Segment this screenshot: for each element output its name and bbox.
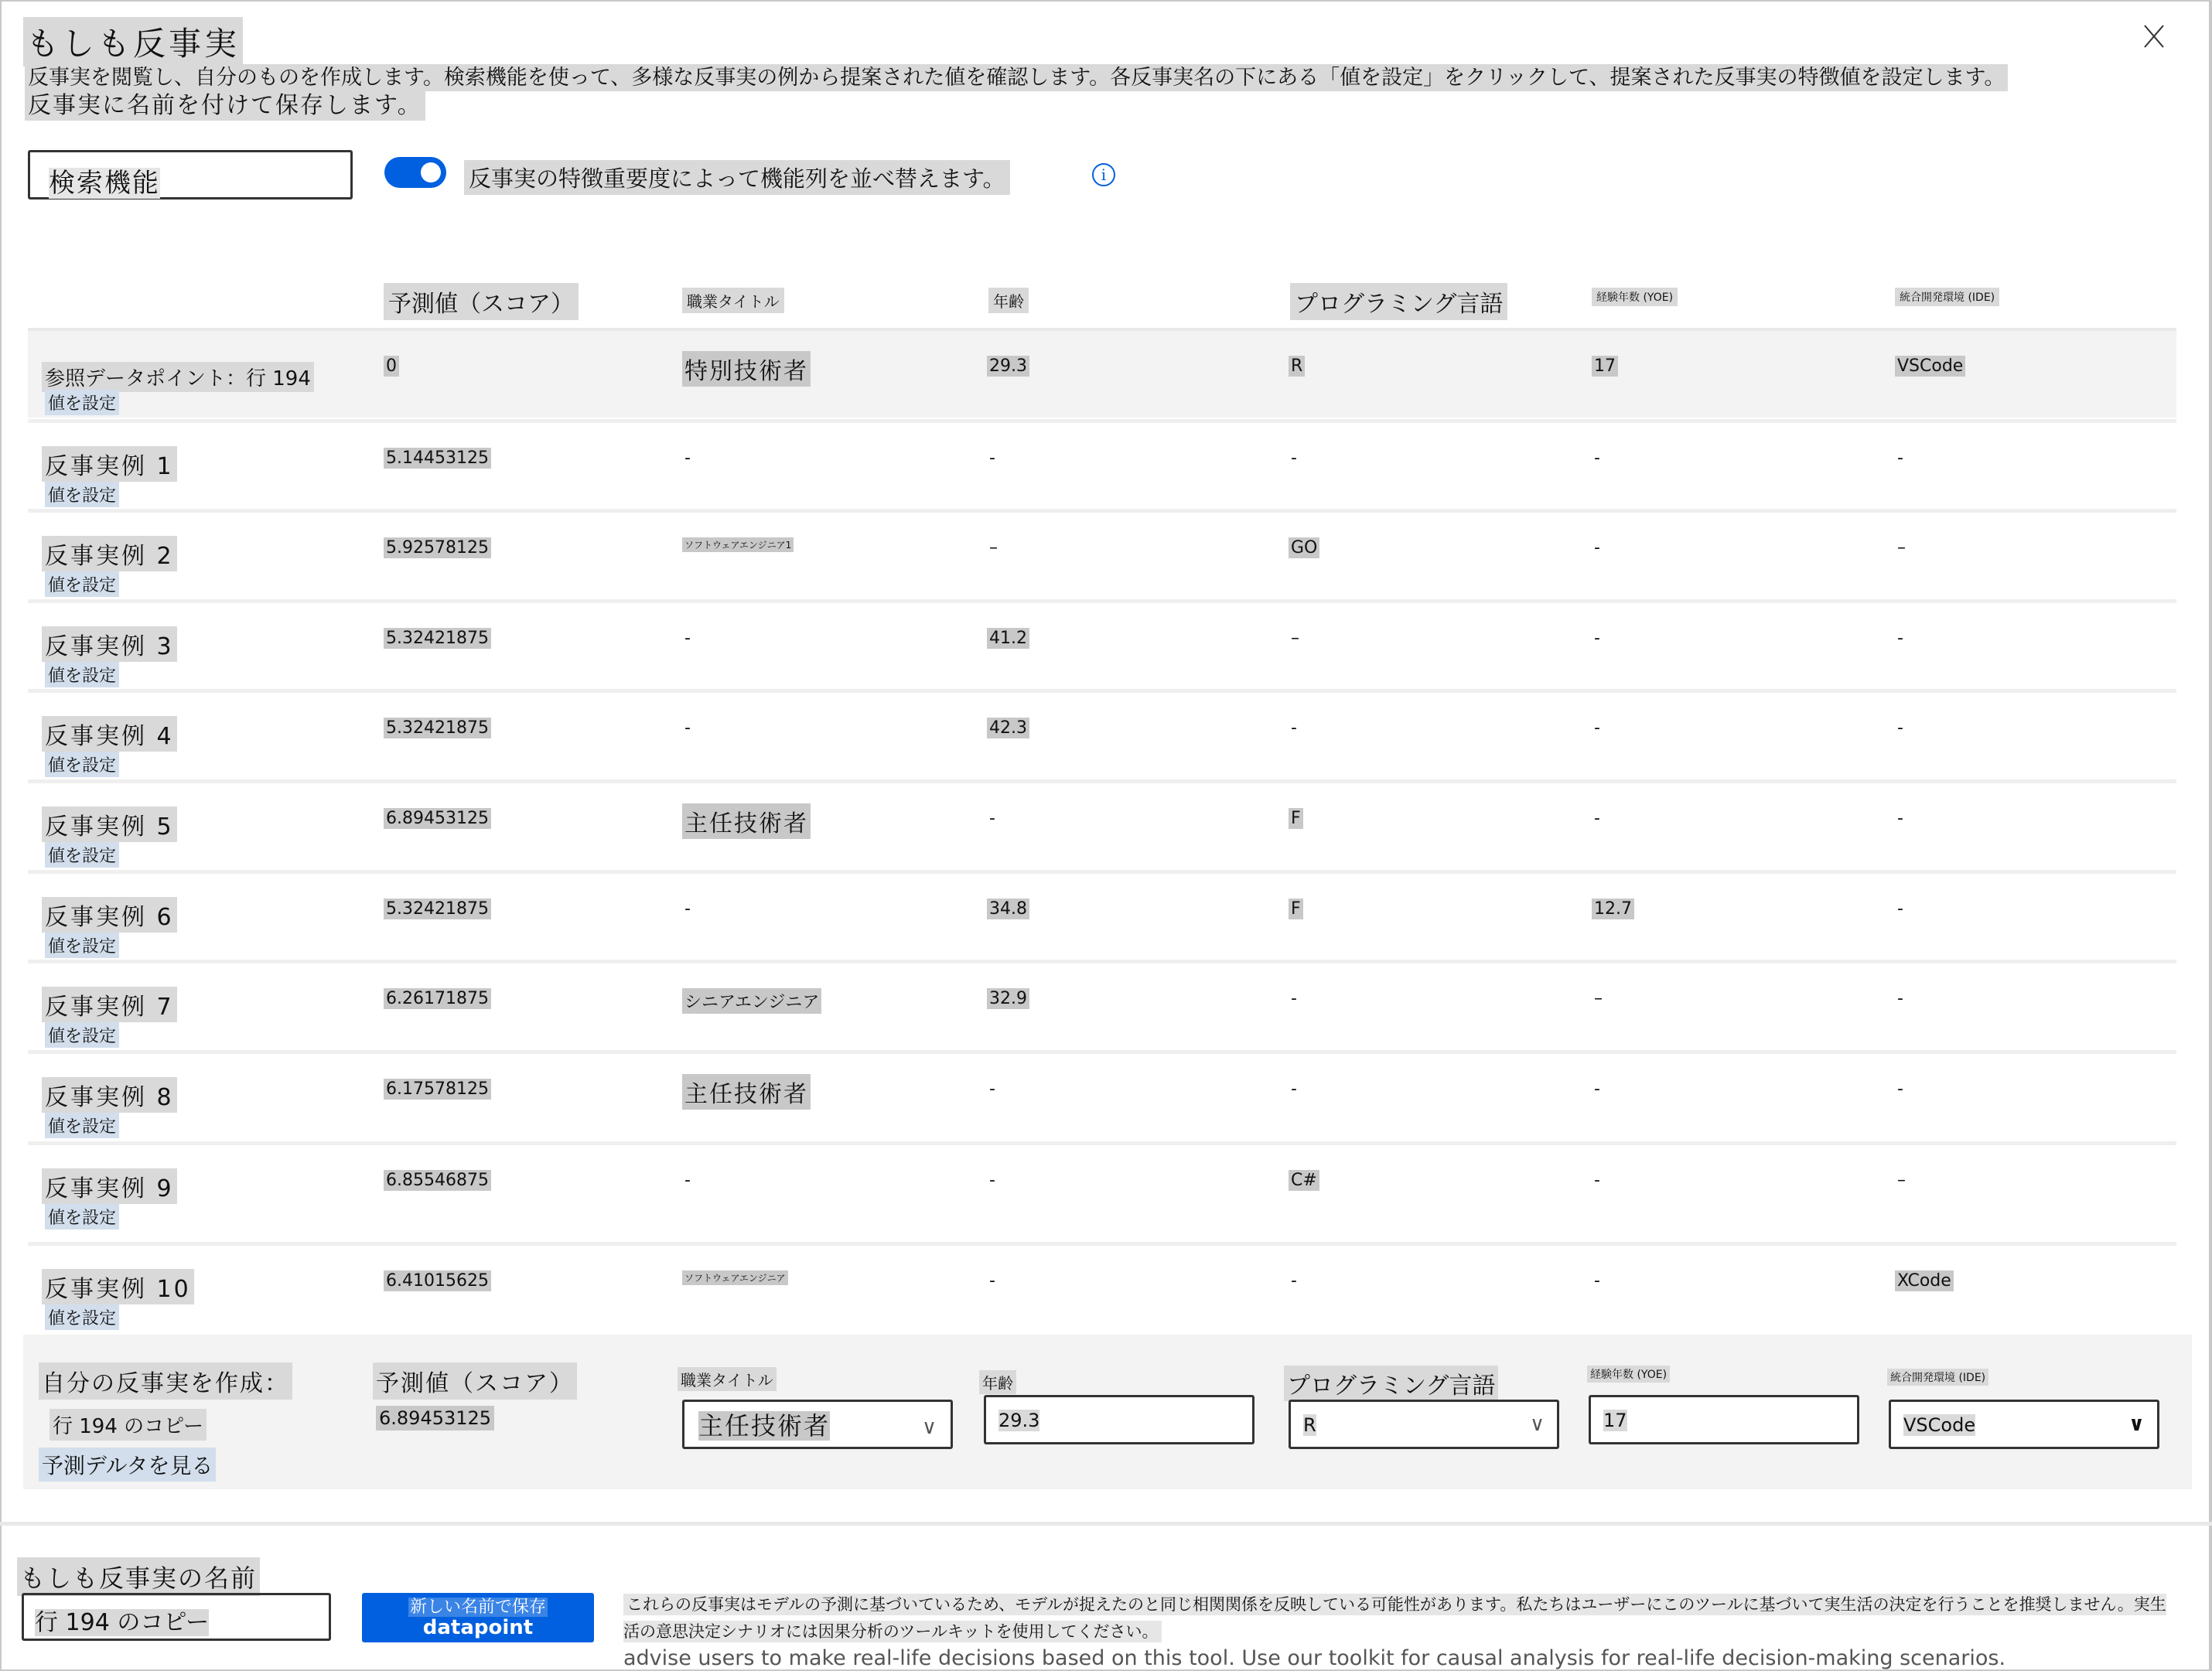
row-cell: 6.26171875 [384, 988, 491, 1009]
row-cell: 特別技術者 [682, 351, 811, 387]
counterfactual-row: 反事実例 3値を設定5.32421875-41.2–-- [28, 599, 2176, 689]
yoe-input[interactable]: 17 [1589, 1395, 1859, 1444]
toggle-label: 反事実の特徴重要度によって機能列を並べ替えます。 [464, 160, 1010, 195]
row-name: 反事実例 9 [42, 1168, 177, 1204]
row-cell: R [1289, 356, 1305, 377]
row-cell: 42.3 [987, 718, 1029, 738]
col-header-prediction: 予測値（スコア） [384, 283, 579, 320]
dialog-description: 反事実を閲覧し、自分のものを作成します。検索機能を使って、多様な反事実の例から提… [25, 64, 2113, 121]
row-cell: - [1895, 899, 1906, 919]
age-value: 29.3 [998, 1410, 1039, 1431]
counterfactual-name-input[interactable]: 行 194 のコピー [22, 1593, 331, 1641]
row-cell: XCode [1895, 1270, 1954, 1291]
row-cell: - [1289, 988, 1299, 1009]
see-prediction-delta-link[interactable]: 予測デルタを見る [39, 1448, 216, 1482]
disclaimer-en: advise users to make real-life decisions… [623, 1646, 2005, 1670]
set-value-link[interactable]: 値を設定 [45, 1304, 119, 1330]
yoe-value: 17 [1603, 1410, 1627, 1431]
row-cell: 5.32421875 [384, 899, 491, 919]
row-cell: ソフトウェアエンジニア1 [682, 537, 794, 552]
row-cell: - [682, 448, 693, 469]
counterfactual-row: 反事実例 6値を設定5.32421875-34.8F12.7- [28, 870, 2176, 960]
footer-divider [0, 1522, 2212, 1526]
row-cell: - [1289, 448, 1299, 469]
chevron-down-icon: ∨ [922, 1416, 938, 1439]
disclaimer-jp: これらの反事実はモデルの予測に基づいているため、モデルが捉えたのと同じ相関関係を… [623, 1594, 2166, 1642]
row-name: 反事実例 8 [42, 1077, 177, 1113]
row-cell: 主任技術者 [682, 1074, 811, 1110]
row-name: 反事実例 10 [42, 1269, 194, 1304]
toggle-knob [421, 162, 441, 182]
row-cell: - [1592, 448, 1603, 469]
row-name: 反事実例 7 [42, 987, 177, 1022]
row-name: 反事実例 1 [42, 446, 177, 482]
row-cell: – [1289, 628, 1302, 649]
row-cell: 34.8 [987, 899, 1029, 919]
disclaimer-text: これらの反事実はモデルの予測に基づいているため、モデルが捉えたのと同じ相関関係を… [623, 1591, 2170, 1671]
row-cell: – [987, 537, 1000, 558]
row-name: 反事実例 6 [42, 897, 177, 933]
row-cell: – [1895, 1170, 1908, 1191]
yoe-field-label: 経験年数 (YOE) [1587, 1366, 1670, 1383]
row-cell: 29.3 [987, 356, 1029, 377]
save-label-line2: datapoint [423, 1616, 533, 1639]
row-cell: - [1895, 448, 1906, 469]
row-cell: 5.92578125 [384, 537, 491, 558]
row-cell: – [1592, 988, 1605, 1009]
row-cell: 5.32421875 [384, 718, 491, 738]
row-cell: - [1592, 1170, 1603, 1191]
row-cell: GO [1289, 537, 1319, 558]
description-line-2: 反事実に名前を付けて保存します。 [25, 90, 425, 121]
description-line-1: 反事実を閲覧し、自分のものを作成します。検索機能を使って、多様な反事実の例から提… [25, 64, 2008, 91]
counterfactual-row: 反事実例 1値を設定5.14453125----- [28, 419, 2176, 509]
job-field-label: 職業タイトル [678, 1367, 777, 1391]
row-cell: - [987, 1170, 998, 1191]
row-cell: - [987, 808, 998, 829]
row-cell: - [682, 718, 693, 738]
row-cell: - [1289, 1270, 1299, 1291]
chevron-down-icon: ∨ [1530, 1413, 1545, 1436]
row-cell: - [1895, 718, 1906, 738]
save-label-line1: 新しい名前で保存 [408, 1598, 548, 1617]
col-header-age: 年齢 [988, 288, 1029, 313]
row-cell: - [1895, 1079, 1906, 1100]
row-cell: - [1592, 537, 1603, 558]
row-cell: – [1895, 537, 1908, 558]
row-cell: F [1289, 808, 1303, 829]
search-features-input[interactable]: 検索機能 [28, 150, 353, 199]
row-cell: - [987, 1270, 998, 1291]
row-cell: 12.7 [1592, 899, 1634, 919]
age-input[interactable]: 29.3 [984, 1395, 1254, 1444]
info-icon[interactable]: i [1092, 163, 1115, 186]
ide-field-label: 統合開発環境 (IDE) [1887, 1369, 1988, 1386]
row-name: 反事実例 5 [42, 807, 177, 842]
counterfactual-row: 反事実例 8値を設定6.17578125主任技術者---- [28, 1050, 2176, 1140]
row-cell: - [1592, 808, 1603, 829]
row-cell: - [1592, 718, 1603, 738]
row-cell: - [682, 628, 693, 649]
close-icon[interactable] [2142, 23, 2166, 49]
row-cell: - [1895, 808, 1906, 829]
row-cell: - [1289, 1079, 1299, 1100]
set-value-link[interactable]: 値を設定 [45, 571, 119, 597]
set-value-link[interactable]: 値を設定 [45, 842, 119, 868]
create-prediction-label: 予測値（スコア） [373, 1362, 577, 1400]
row-cell: - [1289, 718, 1299, 738]
row-cell: - [1592, 1270, 1603, 1291]
row-name: 反事実例 2 [42, 536, 177, 571]
set-value-link[interactable]: 値を設定 [45, 1113, 119, 1138]
set-value-link[interactable]: 値を設定 [45, 390, 119, 415]
row-cell: 6.85546875 [384, 1170, 491, 1191]
row-cell: C# [1289, 1170, 1319, 1191]
dialog-title: もしも反事実 [23, 17, 243, 66]
set-value-link[interactable]: 値を設定 [45, 752, 119, 777]
row-cell: - [1895, 988, 1906, 1009]
set-value-link[interactable]: 値を設定 [45, 482, 119, 507]
row-cell: - [682, 899, 693, 919]
col-header-ide: 統合開発環境 (IDE) [1895, 288, 1999, 306]
age-field-label: 年齢 [979, 1370, 1016, 1394]
row-cell: 41.2 [987, 628, 1029, 649]
set-value-link[interactable]: 値を設定 [45, 662, 119, 687]
create-counterfactual-panel: 自分の反事実を作成： 予測値（スコア） 行 194 のコピー 6.8945312… [23, 1335, 2192, 1489]
row-cell: - [1592, 628, 1603, 649]
row-cell: 5.32421875 [384, 628, 491, 649]
sort-by-importance-toggle[interactable] [384, 157, 446, 188]
job-title-value: 主任技術者 [698, 1411, 830, 1441]
row-cell: 主任技術者 [682, 803, 811, 839]
row-cell: ソフトウェアエンジニア [682, 1270, 788, 1285]
counterfactual-row: 反事実例 10値を設定6.41015625ソフトウェアエンジニア---XCode [28, 1242, 2176, 1332]
create-prediction-value: 6.89453125 [376, 1406, 494, 1431]
row-cell: F [1289, 899, 1303, 919]
row-cell: 5.14453125 [384, 448, 491, 469]
row-cell: 17 [1592, 356, 1618, 377]
chevron-down-icon: ∨ [2128, 1413, 2145, 1436]
col-header-yoe: 経験年数 (YOE) [1592, 288, 1678, 306]
counterfactual-row: 反事実例 5値を設定6.89453125主任技術者-F-- [28, 779, 2176, 869]
row-cell: 0 [384, 356, 399, 377]
ide-dropdown[interactable]: VSCode∨ [1889, 1400, 2159, 1449]
row-cell: - [682, 1170, 693, 1191]
row-name: 反事実例 3 [42, 626, 177, 662]
language-value: R [1303, 1414, 1316, 1436]
row-name: 反事実例 4 [42, 716, 177, 752]
row-cell: 6.89453125 [384, 808, 491, 829]
counterfactual-row: 反事実例 4値を設定5.32421875-42.3--- [28, 689, 2176, 779]
set-value-link[interactable]: 値を設定 [45, 1022, 119, 1048]
row-cell: - [1895, 628, 1906, 649]
counterfactual-row: 反事実例 9値を設定6.85546875--C#-– [28, 1141, 2176, 1231]
row-cell: - [987, 448, 998, 469]
language-dropdown[interactable]: R∨ [1289, 1400, 1559, 1449]
language-field-label: プログラミング言語 [1284, 1366, 1498, 1401]
counterfactual-name-label: もしも反事実の名前 [17, 1557, 260, 1596]
save-as-new-datapoint-button[interactable]: 新しい名前で保存 datapoint [362, 1593, 594, 1642]
set-value-link[interactable]: 値を設定 [45, 933, 119, 958]
col-header-language: プログラミング言語 [1290, 283, 1507, 320]
counterfactual-row: 反事実例 7値を設定6.26171875シニアエンジニア32.9-–- [28, 960, 2176, 1049]
search-label: 検索機能 [49, 168, 160, 199]
row-cell: シニアエンジニア [682, 988, 821, 1014]
row-cell: 32.9 [987, 988, 1029, 1009]
row-name: 参照データポイント：行 194 [42, 362, 314, 392]
row-cell: - [1592, 1079, 1603, 1100]
row-cell: 6.41015625 [384, 1270, 491, 1291]
col-header-job: 職業タイトル [682, 288, 784, 313]
create-title: 自分の反事実を作成： [39, 1362, 292, 1400]
set-value-link[interactable]: 値を設定 [45, 1204, 119, 1229]
ide-value: VSCode [1903, 1414, 1975, 1436]
reference-row: 参照データポイント：行 194値を設定0特別技術者29.3R17VSCode [28, 328, 2176, 418]
job-title-dropdown[interactable]: 主任技術者∨ [682, 1400, 953, 1449]
row-cell: 6.17578125 [384, 1079, 491, 1100]
copy-label: 行 194 のコピー [49, 1409, 207, 1441]
row-cell: VSCode [1895, 356, 1965, 377]
name-value: 行 194 のコピー [35, 1609, 209, 1636]
row-cell: - [987, 1079, 998, 1100]
counterfactual-row: 反事実例 2値を設定5.92578125ソフトウェアエンジニア1–GO-– [28, 509, 2176, 598]
